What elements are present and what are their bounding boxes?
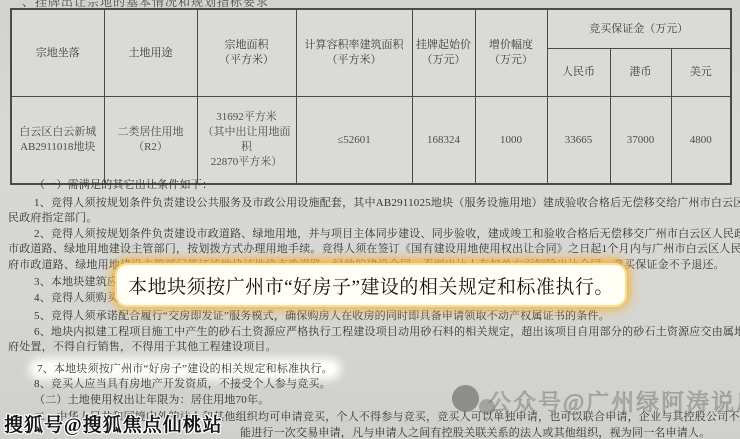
condition-line-good-house: 7、本地块须按广州市“好房子”建设的相关规定和标准执行。 (8, 362, 734, 378)
condition-line: （一）需满足的其它出让条件如下： (8, 178, 734, 194)
cell-starting-price: 168324 (412, 97, 475, 185)
table-row: 白云区白云新城 AB2911018地块 二类居住用地（R2） 31692平方米 … (11, 97, 731, 185)
header-deposit-usd: 美元 (671, 49, 731, 97)
white-glow-highlight: 7、本地块须按广州市“好房子”建设的相关规定和标准执行。 (34, 363, 336, 375)
good-house-callout-text: 本地块须按广州市“好房子”建设的相关规定和标准执行。 (128, 272, 614, 299)
header-floor-area: 计算容积率建筑面积 （平方米） (296, 9, 412, 97)
watermark-wechat-account: 公众号@广州绿阿涛说房 (488, 384, 740, 417)
cell-deposit-hkd: 37000 (610, 97, 671, 185)
document-page: 、挂牌出让宗地的基本情况和规划指标要求 宗地坐落 土地用途 宗地面积 （平方米）… (0, 0, 740, 439)
condition-line: 府处置，不得自行销售，不得用于其他工程建设项目。 (8, 340, 734, 356)
header-deposit-hkd: 港币 (610, 49, 671, 97)
cell-parcel-area: 31692平方米 （其中出让用地面积 22870平方米） (197, 97, 296, 185)
good-house-callout: 本地块须按广州市“好房子”建设的相关规定和标准执行。 (117, 265, 625, 305)
header-parcel-area: 宗地面积 （平方米） (197, 9, 296, 97)
condition-line: 2、竞得人须按规划条件负责建设市政道路、绿地用地，并与项目主体同步建设、同步验收… (8, 227, 734, 243)
header-deposit-group: 竞买保证金（万元） (547, 9, 731, 49)
condition-line: 民政府指定部门。 (8, 211, 734, 227)
header-parcel-location: 宗地坐落 (11, 9, 104, 97)
cell-parcel-location: 白云区白云新城 AB2911018地块 (11, 97, 104, 185)
header-increment: 增价幅度 （万元） (475, 9, 547, 97)
condition-line: 5、竞得人须承诺配合履行“交房即发证”服务模式，确保购房人在收房的同时即具备申请… (8, 309, 734, 325)
condition-line: 6、地块内拟建工程项目施工中产生的砂石土资源应严格执行工程建设项目动用砂石料的相… (8, 325, 734, 341)
cell-floor-area: ≤52601 (296, 97, 412, 185)
watermark-sohu-account: 搜狐号@搜狐焦点仙桃站 (4, 410, 223, 437)
cell-deposit-rmb: 33665 (547, 97, 610, 185)
condition-line: 市政道路、绿地用地建设主管部门，按划拨方式办理用地手续。竞得人须在签订《国有建设… (8, 242, 734, 258)
cell-deposit-usd: 4800 (671, 97, 731, 185)
header-starting-price: 挂牌起始价 （万元） (412, 9, 475, 97)
header-land-use: 土地用途 (104, 9, 197, 97)
land-parcel-table: 宗地坐落 土地用途 宗地面积 （平方米） 计算容积率建筑面积 （平方米） 挂牌起… (10, 8, 732, 185)
condition-line: 1、竞得人须按规划条件负责建设公共服务及市政公用设施配套，其中AB2911025… (8, 196, 734, 212)
wechat-account-logo-icon (452, 385, 479, 412)
header-deposit-rmb: 人民币 (547, 49, 610, 97)
cell-land-use: 二类居住用地（R2） (104, 97, 197, 185)
cell-increment: 1000 (475, 97, 547, 185)
